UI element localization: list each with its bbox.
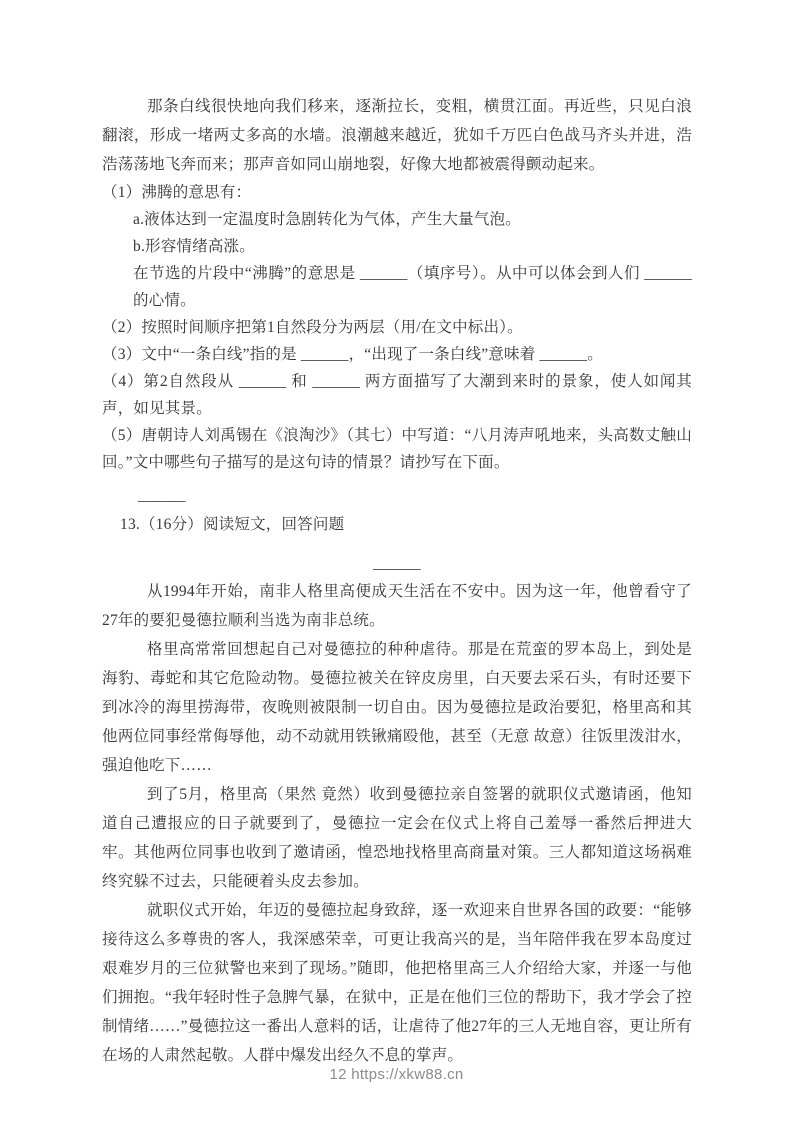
page-number-and-url: 12 https://xkw88.cn bbox=[329, 1066, 463, 1083]
question-1-option-b: b.形容情绪高涨。 bbox=[133, 233, 692, 260]
question-3: （3）文中“一条白线”指的是 ______，“出现了一条白线”意味着 _____… bbox=[102, 341, 692, 368]
answer-blank-line: ______ bbox=[138, 482, 692, 509]
question-1-fill-in: 在节选的片段中“沸腾”的意思是 ______（填序号）。从中可以体会到人们 __… bbox=[133, 260, 692, 314]
question-13-heading: 13.（16分）阅读短文，回答问题 bbox=[120, 511, 692, 538]
passage-tidal-bore-paragraph: 那条白线很快地向我们移来，逐渐拉长，变粗，横贯江面。再近些，只见白浪翻滚，形成一… bbox=[102, 92, 692, 179]
passage-mandela-paragraph-1: 从1994年开始，南非人格里高便成天生活在不安中。因为这一年，他曾看守了27年的… bbox=[102, 577, 692, 635]
question-1-label: （1）沸腾的意思有： bbox=[102, 179, 692, 206]
page-footer: 12 https://xkw88.cn bbox=[0, 1066, 793, 1083]
question-5: （5）唐朝诗人刘禹锡在《浪淘沙》（其七）中写道：“八月涛声吼地来，头高数丈触山回… bbox=[102, 422, 692, 476]
passage-mandela-paragraph-3: 到了5月，格里高（果然 竟然）收到曼德拉亲自签署的就职仪式邀请函，他知道自己遭报… bbox=[102, 780, 692, 896]
exam-page: 那条白线很快地向我们移来，逐渐拉长，变粗，横贯江面。再近些，只见白浪翻滚，形成一… bbox=[0, 0, 793, 1122]
question-1-option-a: a.液体达到一定温度时急剧转化为气体，产生大量气泡。 bbox=[133, 206, 692, 233]
passage-mandela-paragraph-4: 就职仪式开始，年迈的曼德拉起身致辞，逐一欢迎来自世界各国的政要：“能够接待这么多… bbox=[102, 896, 692, 1070]
passage-title-blank: ______ bbox=[102, 550, 692, 577]
passage-mandela-paragraph-2: 格里高常常回想起自己对曼德拉的种种虐待。那是在荒蛮的罗本岛上，到处是海豹、毒蛇和… bbox=[102, 635, 692, 780]
question-4: （4）第2自然段从 ______ 和 ______ 两方面描写了大潮到来时的景象… bbox=[102, 368, 692, 422]
question-2: （2）按照时间顺序把第1自然段分为两层（用/在文中标出）。 bbox=[102, 314, 692, 341]
document-body: 那条白线很快地向我们移来，逐渐拉长，变粗，横贯江面。再近些，只见白浪翻滚，形成一… bbox=[102, 92, 692, 1070]
